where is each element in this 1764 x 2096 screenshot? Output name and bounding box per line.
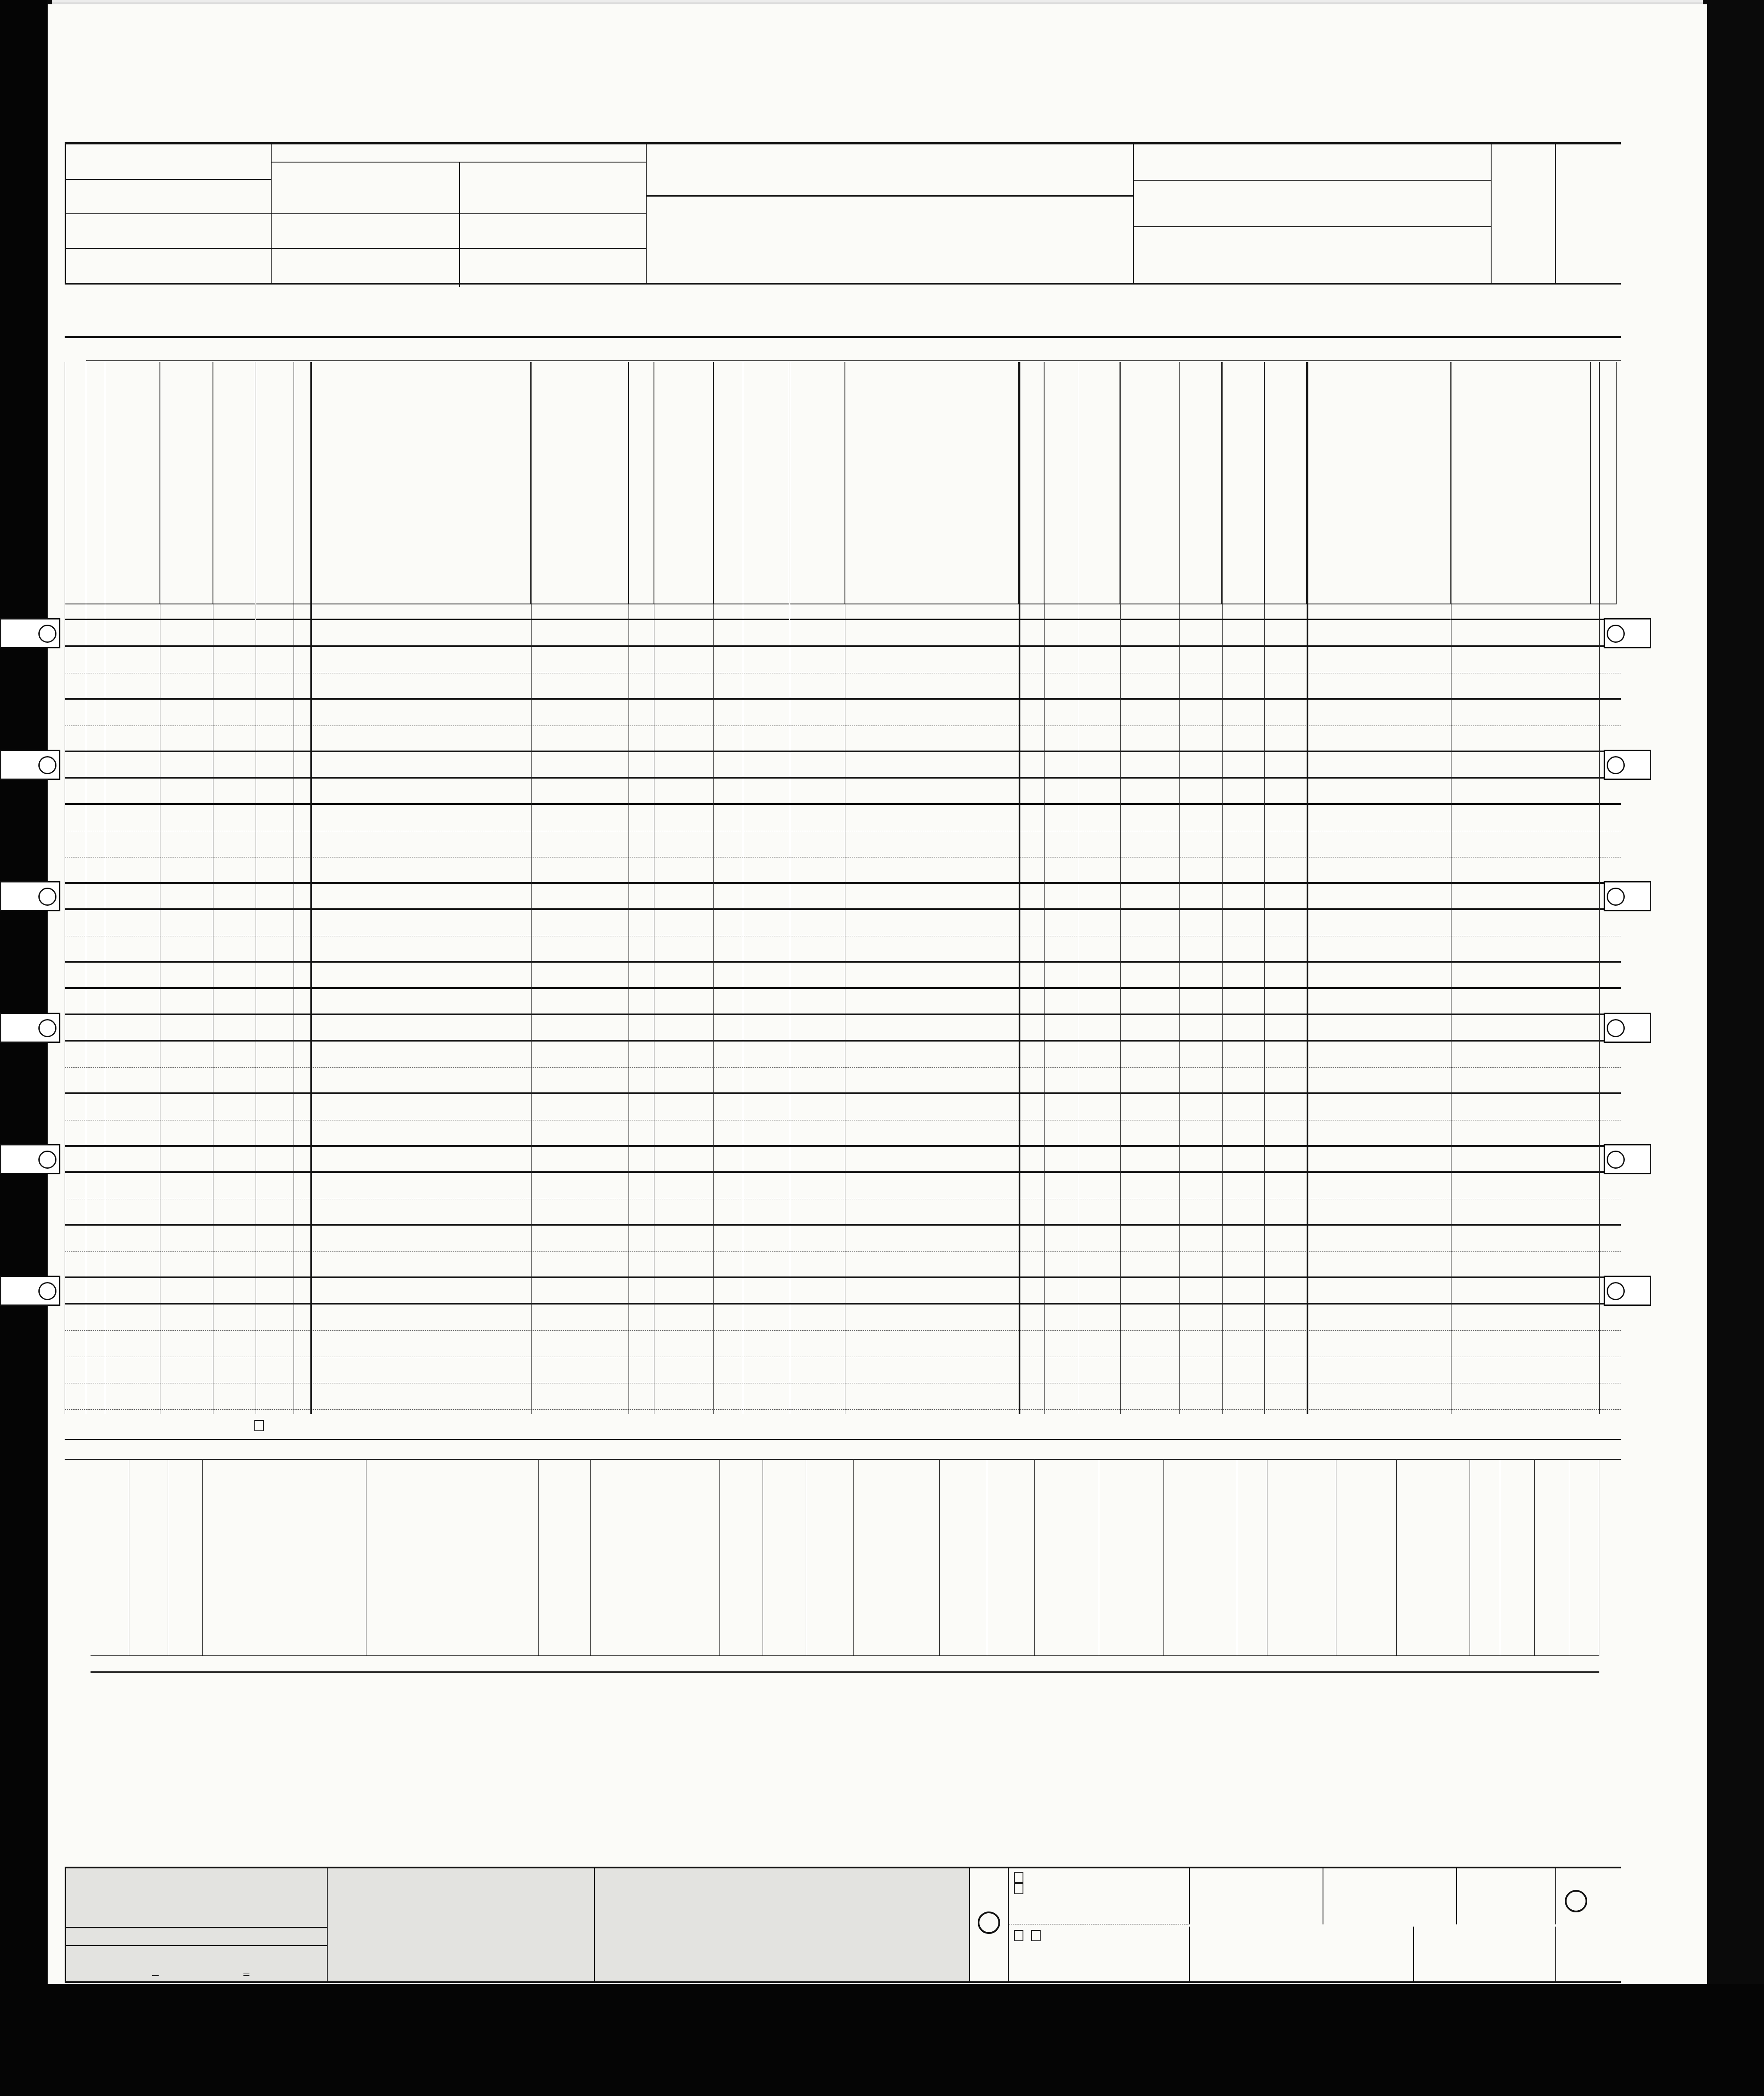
line-number (65, 752, 86, 779)
line-number (65, 857, 86, 884)
line-number (65, 1094, 86, 1120)
sample-column-number-33c (1569, 1655, 1599, 1673)
line-number (65, 1252, 86, 1278)
sample-column-number-24a (203, 1655, 366, 1673)
sample-line-tag (0, 1144, 60, 1174)
column-number-20a (1307, 604, 1451, 620)
column-divider (743, 362, 743, 1414)
column-header-2 (86, 362, 105, 604)
column-number-3 (105, 604, 160, 620)
sample-column-header-24b (366, 1459, 539, 1655)
sample-column-header-33b (1535, 1459, 1569, 1655)
column-divider (294, 362, 294, 1414)
table-row (65, 1042, 1621, 1068)
column-divider (1179, 362, 1180, 1414)
column-number-13 (845, 604, 1019, 620)
scan-border-left (0, 0, 47, 2096)
column-header-11 (743, 362, 789, 604)
line-number (65, 726, 86, 752)
line-number (65, 1305, 86, 1331)
family-head-definition-box (595, 1868, 970, 1981)
column-header-C (1530, 362, 1591, 604)
sample-line-tag (0, 618, 60, 648)
form-header (65, 142, 1621, 285)
column-divider (105, 362, 105, 1414)
sample-column-number-21 (91, 1655, 129, 1673)
column-number-6 (256, 604, 294, 620)
column-divider (713, 362, 714, 1414)
table-row (65, 1226, 1621, 1252)
sample-column-number-33a (1500, 1655, 1535, 1673)
q36-box (1009, 1927, 1190, 1983)
column-header-6a (294, 362, 311, 604)
column-divider (1451, 362, 1451, 1414)
sample-column-number-31c (1164, 1655, 1237, 1673)
sample-column-number-33b (1535, 1655, 1569, 1673)
column-divider (654, 362, 654, 1414)
column-header-16 (1120, 362, 1180, 604)
column-divider (1307, 362, 1308, 1414)
table-row (65, 647, 1621, 673)
sample-column-header-33a (1500, 1459, 1535, 1655)
line-number (65, 963, 86, 989)
q36-no-checkbox[interactable] (1031, 1930, 1041, 1941)
ask-questions-below-tag (1604, 1013, 1651, 1043)
sample-column-header-G (1470, 1459, 1500, 1655)
column-header-B (1019, 362, 1044, 604)
column-number-10 (713, 604, 743, 620)
sample-column-number-E (720, 1655, 763, 1673)
column-header-19 (1264, 362, 1307, 604)
column-number-A (629, 604, 654, 620)
column-divider (1019, 362, 1020, 1414)
table-row (65, 831, 1621, 857)
scan-border-bottom (0, 1984, 1764, 2096)
table-row (65, 779, 1621, 805)
sample-column-header-22 (129, 1459, 168, 1655)
sample-column-number-31b (1099, 1655, 1164, 1673)
column-divider (1599, 362, 1600, 1414)
institution-fields (272, 144, 647, 283)
line-number (65, 779, 86, 805)
column-divider (629, 362, 629, 1414)
line-number (65, 1147, 86, 1173)
column-header-7 (310, 362, 531, 604)
sample-column-number-32a (1267, 1655, 1336, 1673)
q34-no-checkbox[interactable] (1014, 1883, 1023, 1894)
column-divider (531, 362, 532, 1414)
column-divider (1264, 362, 1265, 1414)
sample-line-tag (0, 1276, 60, 1306)
sample-column-number-32c (1397, 1655, 1470, 1673)
column-header-8 (531, 362, 629, 604)
table-row (65, 989, 1621, 1015)
sample-column-number-30 (987, 1655, 1035, 1673)
sample-column-header-F (1237, 1459, 1267, 1655)
sample-line-tag (0, 881, 60, 911)
column-header-20c (1599, 362, 1617, 604)
line-number (65, 1357, 86, 1383)
column-divider (65, 362, 65, 1414)
table-row (65, 673, 1621, 700)
column-header-14 (1044, 362, 1078, 604)
column-number-12 (790, 604, 845, 620)
line-number (65, 1383, 86, 1410)
line-number (65, 910, 86, 936)
sample-column-header-21 (91, 1459, 129, 1655)
sheet-number-box (1492, 144, 1556, 283)
sample-column-header-31b (1099, 1459, 1164, 1655)
column-number-6a (294, 604, 311, 620)
instructions-footer: – = (65, 1867, 1621, 1983)
column-divider (310, 362, 312, 1414)
column-header-A (629, 362, 654, 604)
line-number (65, 936, 86, 963)
column-number-2 (86, 604, 105, 620)
column-number-9 (654, 604, 713, 620)
column-number-15 (1078, 604, 1120, 620)
line-number (65, 700, 86, 726)
q34-yes-checkbox[interactable] (1014, 1872, 1023, 1883)
sample-26-circle (1565, 1890, 1587, 1912)
sample-column-header-31c (1164, 1459, 1237, 1655)
column-number-1 (65, 604, 86, 620)
sample-column-header-27 (806, 1459, 854, 1655)
column-number-8 (531, 604, 629, 620)
line-number (65, 989, 86, 1015)
ask-questions-below-tag (1604, 1144, 1651, 1174)
table-row (65, 1068, 1621, 1094)
column-header-12 (790, 362, 845, 604)
sample-column-header-25 (591, 1459, 720, 1655)
population-table (65, 336, 1621, 1414)
sample-column-number-23 (168, 1655, 203, 1673)
column-divider (256, 362, 256, 1414)
column-divider (1044, 362, 1045, 1414)
ask-questions-below-tag (1604, 881, 1651, 911)
sample-column-header-24a (203, 1459, 366, 1655)
column-number-C (1530, 604, 1591, 620)
line-number (65, 1042, 86, 1068)
column-number-16 (1120, 604, 1180, 620)
line-number (65, 1120, 86, 1147)
sample-column-number-25 (591, 1655, 720, 1673)
special-cases-box: – = (65, 1868, 328, 1981)
line-number (65, 621, 86, 647)
table-row (65, 884, 1621, 910)
sample-column-header-33c (1569, 1459, 1599, 1655)
sample-line-tag (0, 1013, 60, 1043)
column-header-1 (65, 362, 86, 604)
q34-box (1009, 1868, 1190, 1924)
sample-column-number-22 (129, 1655, 168, 1673)
table-row (65, 700, 1621, 726)
column-number-5 (213, 604, 255, 620)
sample-column-header-32b (1336, 1459, 1397, 1655)
table-row (65, 726, 1621, 752)
table-row (65, 1357, 1621, 1383)
table-row (65, 963, 1621, 989)
line-number (65, 1199, 86, 1226)
column-header-6 (256, 362, 294, 604)
continuation-marker (970, 1868, 1009, 1981)
sample-column-header-23 (168, 1459, 203, 1655)
line-number (65, 805, 86, 831)
sample-column-number-29 (940, 1655, 987, 1673)
column-divider (845, 362, 845, 1414)
column-number-14 (1044, 604, 1078, 620)
line-number (65, 1331, 86, 1357)
table-row (65, 1199, 1621, 1226)
column-divider (213, 362, 213, 1414)
location-fields (65, 144, 272, 283)
column-divider (1222, 362, 1223, 1414)
table-row (65, 752, 1621, 779)
column-number-20c (1599, 604, 1617, 620)
line-number (65, 1278, 86, 1305)
q35b-text (1323, 1868, 1457, 1924)
sample-line-section (65, 1414, 1621, 1867)
column-header-17 (1179, 362, 1222, 604)
table-row (65, 1331, 1621, 1357)
sample-column-number-28 (854, 1655, 940, 1673)
line-number (65, 1226, 86, 1252)
table-row (65, 910, 1621, 936)
line-number (65, 1068, 86, 1094)
column-header-18 (1222, 362, 1264, 604)
line-number (65, 831, 86, 857)
line-number (65, 884, 86, 910)
sample-title-bar (65, 1414, 1621, 1440)
table-row (65, 1147, 1621, 1173)
column-number-18 (1222, 604, 1264, 620)
column-number-7 (310, 604, 531, 620)
sample-column-header-29 (940, 1459, 987, 1655)
column-header-5 (213, 362, 255, 604)
sample-column-number-27 (806, 1655, 854, 1673)
sample-column-header-28 (854, 1459, 940, 1655)
census-form: – = (65, 142, 1621, 1923)
q36-yes-checkbox[interactable] (1014, 1930, 1023, 1941)
ask-questions-below-tag (1604, 1276, 1651, 1306)
line-number (65, 1173, 86, 1199)
table-row (65, 1305, 1621, 1331)
table-row (65, 1383, 1621, 1410)
sample-column-header-E (720, 1459, 763, 1655)
grade-codes-box (328, 1868, 595, 1981)
table-row (65, 1278, 1621, 1305)
sample-column-header-32c (1397, 1459, 1470, 1655)
sample-column-header-30 (987, 1459, 1035, 1655)
ask-questions-below-tag (1604, 618, 1651, 648)
table-row (65, 936, 1621, 963)
sample-column-number-32b (1336, 1655, 1397, 1673)
q38-box (1414, 1927, 1556, 1983)
column-header-20a (1307, 362, 1451, 604)
table-row (65, 805, 1621, 831)
column-number-B (1019, 604, 1044, 620)
column-header-15 (1078, 362, 1120, 604)
sample-column-header-32a (1267, 1459, 1336, 1655)
column-header-3 (105, 362, 160, 604)
column-number-11 (743, 604, 789, 620)
ask-questions-below-tag (1604, 750, 1651, 780)
column-number-17 (1179, 604, 1222, 620)
column-divider (160, 362, 160, 1414)
table-row (65, 1015, 1621, 1042)
table-row (65, 1094, 1621, 1120)
line-number (65, 1015, 86, 1042)
household-continued-checkbox[interactable] (254, 1420, 264, 1431)
column-header-13 (845, 362, 1019, 604)
sample-line-tag (0, 750, 60, 780)
column-divider (86, 362, 86, 1414)
column-divider (1120, 362, 1121, 1414)
column-number-4 (160, 604, 213, 620)
cont-circle (978, 1911, 1000, 1934)
sample-column-header-26 (763, 1459, 806, 1655)
q37-box (1190, 1927, 1414, 1983)
column-header-9 (654, 362, 713, 604)
column-divider (790, 362, 790, 1414)
table-row (65, 1120, 1621, 1147)
table-row (65, 857, 1621, 884)
q35a-text (1190, 1868, 1323, 1924)
sample-column-number-26 (763, 1655, 806, 1673)
sample-column-header-31a (1035, 1459, 1099, 1655)
column-number-19 (1264, 604, 1307, 620)
date-enumerator-fields (1134, 144, 1492, 283)
table-row (65, 1173, 1621, 1199)
column-header-10 (713, 362, 743, 604)
column-header-4 (160, 362, 213, 604)
sample-column-number-D (539, 1655, 591, 1673)
q35c-text (1457, 1868, 1556, 1924)
sample-column-number-31a (1035, 1655, 1099, 1673)
sample-column-header-D (539, 1459, 591, 1655)
title-block (647, 144, 1134, 283)
sample-column-number-F (1237, 1655, 1267, 1673)
line-number (65, 673, 86, 700)
line-number (65, 647, 86, 673)
table-row (65, 621, 1621, 647)
sample-column-number-24b (366, 1655, 539, 1673)
column-divider (1078, 362, 1078, 1414)
sample-column-number-G (1470, 1655, 1500, 1673)
table-row (65, 1252, 1621, 1278)
